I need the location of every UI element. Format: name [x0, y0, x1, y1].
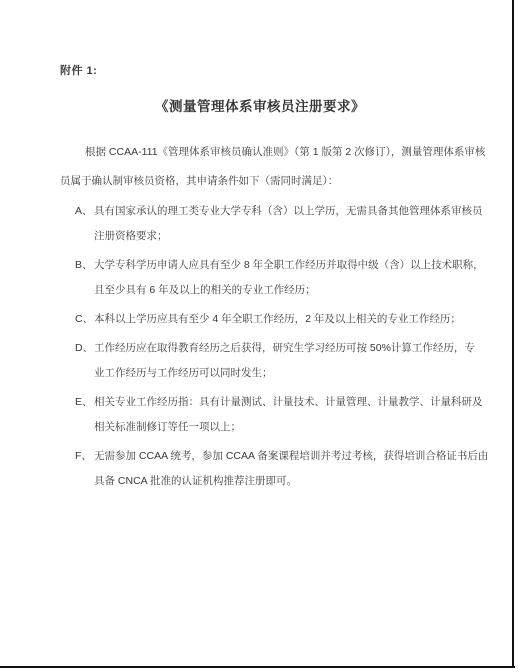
- item-line: 无需参加 CCAA 统考，参加 CCAA 备案课程培训并考过考核，获得培训合格证…: [94, 444, 488, 469]
- document-content: 附件 1: 《测量管理体系审核员注册要求》 根据 CCAA-111《管理体系审核…: [60, 64, 460, 498]
- item-line: 工作经历应在取得教育经历之后获得，研究生学习经历可按 50%计算工作经历，专: [94, 336, 475, 361]
- requirement-item-d: D、 工作经历应在取得教育经历之后获得，研究生学习经历可按 50%计算工作经历，…: [75, 336, 460, 386]
- attachment-label: 附件 1:: [60, 64, 460, 78]
- page-title: 《测量管理体系审核员注册要求》: [60, 98, 460, 115]
- item-text: 无需参加 CCAA 统考，参加 CCAA 备案课程培训并考过考核，获得培训合格证…: [94, 444, 488, 494]
- item-letter: D、: [75, 336, 94, 386]
- item-text: 相关专业工作经历指：具有计量测试、计量技术、计量管理、计量教学、计量科研及 相关…: [94, 390, 483, 440]
- item-text: 大学专科学历申请人应具有至少 8 年全职工作经历并取得中级（含）以上技术职称， …: [94, 253, 484, 303]
- item-text: 工作经历应在取得教育经历之后获得，研究生学习经历可按 50%计算工作经历，专 业…: [94, 336, 475, 386]
- requirement-item-b: B、 大学专科学历申请人应具有至少 8 年全职工作经历并取得中级（含）以上技术职…: [75, 253, 460, 303]
- item-line: 相关标准制修订等任一项以上；: [94, 415, 483, 440]
- item-letter: B、: [75, 253, 94, 303]
- page-edge-right: [512, 0, 514, 668]
- item-letter: A、: [75, 199, 94, 249]
- requirement-item-a: A、 具有国家承认的理工类专业大学专科（含）以上学历，无需具备其他管理体系审核员…: [75, 199, 460, 249]
- requirement-list: A、 具有国家承认的理工类专业大学专科（含）以上学历，无需具备其他管理体系审核员…: [60, 199, 460, 494]
- item-line: 大学专科学历申请人应具有至少 8 年全职工作经历并取得中级（含）以上技术职称，: [94, 253, 484, 278]
- document-page: 附件 1: 《测量管理体系审核员注册要求》 根据 CCAA-111《管理体系审核…: [0, 0, 519, 672]
- intro-line-1: 根据 CCAA-111《管理体系审核员确认准则》（第 1 版第 2 次修订），测…: [60, 138, 460, 167]
- requirement-item-e: E、 相关专业工作经历指：具有计量测试、计量技术、计量管理、计量教学、计量科研及…: [75, 390, 460, 440]
- item-letter: E、: [75, 390, 94, 440]
- item-line: 具有国家承认的理工类专业大学专科（含）以上学历，无需具备其他管理体系审核员: [94, 199, 483, 224]
- item-text: 具有国家承认的理工类专业大学专科（含）以上学历，无需具备其他管理体系审核员 注册…: [94, 199, 483, 249]
- item-line: 业工作经历与工作经历可以同时发生；: [94, 361, 475, 386]
- intro-paragraph: 根据 CCAA-111《管理体系审核员确认准则》（第 1 版第 2 次修订），测…: [60, 138, 460, 196]
- item-letter: C、: [75, 307, 94, 332]
- intro-line-2: 员属于确认制审核员资格，其申请条件如下（需同时满足）：: [60, 167, 460, 196]
- item-line: 相关专业工作经历指：具有计量测试、计量技术、计量管理、计量教学、计量科研及: [94, 390, 483, 415]
- item-line: 注册资格要求；: [94, 224, 483, 249]
- requirement-item-f: F、 无需参加 CCAA 统考，参加 CCAA 备案课程培训并考过考核，获得培训…: [75, 444, 460, 494]
- requirement-item-c: C、 本科以上学历应具有至少 4 年全职工作经历，2 年及以上相关的专业工作经历…: [75, 307, 460, 332]
- item-letter: F、: [75, 444, 94, 494]
- item-line: 且至少具有 6 年及以上的相关的专业工作经历；: [94, 278, 484, 303]
- page-edge-bottom: [0, 666, 515, 668]
- item-line: 具备 CNCA 批准的认证机构推荐注册即可。: [94, 469, 488, 494]
- item-text: 本科以上学历应具有至少 4 年全职工作经历，2 年及以上相关的专业工作经历；: [94, 307, 461, 332]
- item-line: 本科以上学历应具有至少 4 年全职工作经历，2 年及以上相关的专业工作经历；: [94, 307, 461, 332]
